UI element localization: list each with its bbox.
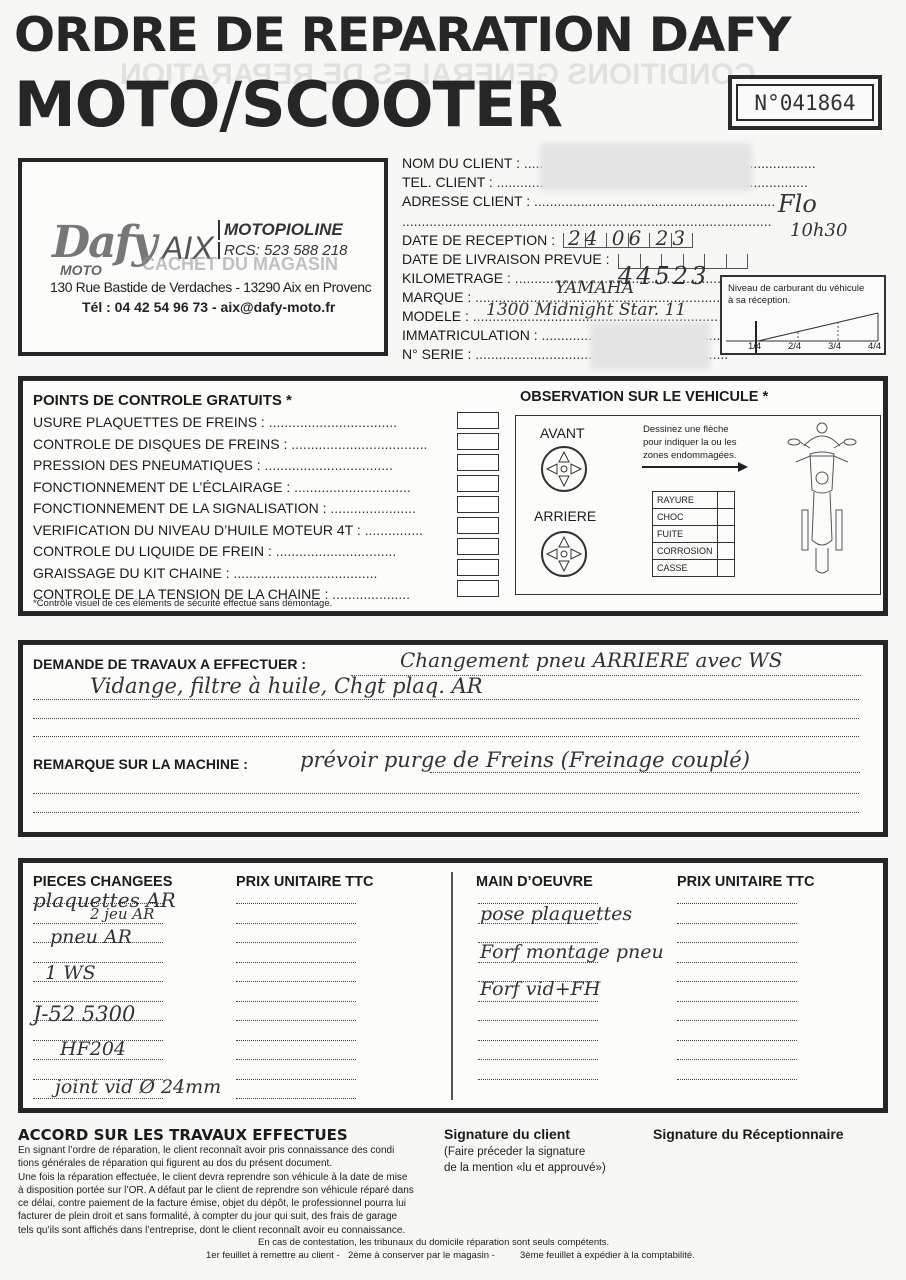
copy-3-note: 3ème feuillet à expédier à la comptabili… — [520, 1250, 695, 1261]
agreement-line: tions générales de réparation qui figure… — [18, 1157, 438, 1170]
labour-line[interactable] — [478, 1040, 598, 1041]
control-point-checkbox[interactable] — [457, 559, 499, 576]
part-price-line[interactable] — [236, 981, 356, 982]
control-point-item: FONCTIONNEMENT DE L’ÉCLAIRAGE : ........… — [33, 479, 411, 495]
control-point-label: CONTROLE DE DISQUES DE FREINS : — [33, 436, 287, 452]
writing-line[interactable] — [33, 812, 859, 813]
client-field-label: KILOMETRAGE : — [402, 270, 511, 286]
handwritten-reception-date: 24 06 23 — [568, 226, 689, 250]
control-point-checkbox[interactable] — [457, 517, 499, 534]
part-handwritten-entry: J-52 5300 — [33, 1002, 135, 1026]
part-handwritten-entry: 2 jeu AR — [90, 905, 154, 923]
control-points-footnote: *Contrôle visuel de ces éléments de sécu… — [33, 598, 332, 609]
control-point-label: GRAISSAGE DU KIT CHAINE : — [33, 565, 230, 581]
client-field-label: ADRESSE CLIENT : — [402, 193, 530, 209]
instruction-line2: pour indiquer la ou les — [643, 437, 736, 448]
handwritten-remark: prévoir purge de Freins (Freinage couplé… — [300, 748, 750, 772]
handwritten-request-line1: Changement pneu ARRIERE avec WS — [400, 648, 782, 672]
labour-price-line[interactable] — [677, 923, 797, 924]
damage-row: RAYURE — [653, 492, 735, 509]
control-point-label: USURE PLAQUETTES DE FREINS : — [33, 414, 265, 430]
control-point-checkbox[interactable] — [457, 538, 499, 555]
part-price-line[interactable] — [236, 1059, 356, 1060]
part-price-line[interactable] — [236, 923, 356, 924]
stamp-label: CACHET DU MAGASIN — [142, 254, 338, 275]
client-field-label: DATE DE LIVRAISON PREVUE : — [402, 251, 609, 267]
damage-type-label: CHOC — [653, 509, 718, 526]
control-point-value[interactable]: ............... — [361, 522, 423, 538]
client-field-label: IMMATRICULATION : — [402, 327, 538, 343]
control-point-label: FONCTIONNEMENT DE LA SIGNALISATION : — [33, 500, 327, 516]
control-point-label: FONCTIONNEMENT DE L’ÉCLAIRAGE : — [33, 479, 290, 495]
labour-price-line[interactable] — [677, 903, 797, 904]
writing-line[interactable] — [430, 772, 860, 773]
damage-type-checkbox[interactable] — [717, 526, 734, 543]
damage-row: FUITE — [653, 526, 735, 543]
client-signature-area[interactable] — [444, 1180, 644, 1230]
machine-remark-label: REMARQUE SUR LA MACHINE : — [33, 756, 248, 772]
agreement-line: En signant l’ordre de réparation, le cli… — [18, 1144, 438, 1157]
damage-type-label: CASSE — [653, 560, 718, 577]
shop-stamp-box: Dafy AIX MOTO MOTOPIOLINE RCS: 523 588 2… — [18, 158, 388, 356]
damage-type-checkbox[interactable] — [717, 509, 734, 526]
fuel-tick-label: 2/4 — [788, 341, 801, 352]
dafy-logo-moto: MOTO — [60, 262, 102, 278]
labour-price-line[interactable] — [677, 1020, 797, 1021]
work-request-label: DEMANDE DE TRAVAUX A EFFECTUER : — [33, 656, 306, 672]
fuel-tick-label: 4/4 — [868, 341, 881, 352]
agreement-line: tels qu’ils sont affichés dans l’entrepr… — [18, 1224, 438, 1237]
dafy-logo: Dafy — [52, 217, 155, 268]
redacted-client-name — [540, 143, 752, 191]
control-point-checkbox[interactable] — [457, 496, 499, 513]
handwritten-brand: YAMAHA — [555, 278, 634, 298]
labour-price-line[interactable] — [677, 1059, 797, 1060]
rear-wheel-icon — [541, 531, 587, 577]
observation-title: OBSERVATION SUR LE VEHICULE * — [520, 389, 768, 405]
damage-type-label: CORROSION — [653, 543, 718, 560]
control-point-item: CONTROLE DE DISQUES DE FREINS : ........… — [33, 436, 427, 452]
copy-2-note: 2ème à conserver par le magasin - — [348, 1250, 495, 1261]
writing-line[interactable] — [33, 793, 859, 794]
control-point-item: FONCTIONNEMENT DE LA SIGNALISATION : ...… — [33, 500, 416, 516]
control-point-value[interactable]: ................................. — [265, 414, 397, 430]
labour-handwritten-entry: pose plaquettes — [480, 903, 632, 925]
damage-type-table: RAYURECHOCFUITECORROSIONCASSE — [652, 491, 735, 577]
part-price-line[interactable] — [236, 1098, 356, 1099]
client-field-label: TEL. CLIENT : — [402, 174, 493, 190]
parts-price-header: PRIX UNITAIRE TTC — [236, 874, 373, 890]
client-field-row[interactable]: DATE DE RECEPTION : — [402, 232, 555, 248]
damage-type-checkbox[interactable] — [717, 492, 734, 509]
client-field-label: MODELE : — [402, 308, 469, 324]
labour-price-line[interactable] — [677, 981, 797, 982]
client-field-row[interactable]: ADRESSE CLIENT : .......................… — [402, 193, 775, 209]
client-field-label: NOM DU CLIENT : — [402, 155, 520, 171]
control-point-item: CONTROLE DU LIQUIDE DE FREIN : .........… — [33, 543, 396, 559]
control-point-checkbox[interactable] — [457, 454, 499, 471]
rear-label: ARRIERE — [534, 508, 596, 524]
part-price-line[interactable] — [236, 903, 356, 904]
control-point-checkbox[interactable] — [457, 433, 499, 450]
part-price-line[interactable] — [236, 1020, 356, 1021]
labour-price-header: PRIX UNITAIRE TTC — [677, 874, 814, 890]
client-field-label: N° SERIE : — [402, 346, 471, 362]
labour-price-line[interactable] — [677, 1040, 797, 1041]
fuel-tick-label: 3/4 — [828, 341, 841, 352]
front-label: AVANT — [540, 425, 585, 441]
control-point-label: PRESSION DES PNEUMATIQUES : — [33, 457, 261, 473]
client-field-input[interactable]: ........................................… — [530, 193, 775, 209]
damage-type-checkbox[interactable] — [717, 560, 734, 577]
part-price-line[interactable] — [236, 1079, 356, 1080]
instruction-line1: Dessinez une flèche — [643, 424, 729, 435]
control-point-value[interactable]: .............................. — [290, 479, 411, 495]
control-point-checkbox[interactable] — [457, 475, 499, 492]
form-title-line1: ORDRE DE REPARATION DAFY — [14, 8, 790, 63]
receiver-signature-area[interactable] — [653, 1150, 883, 1230]
front-wheel-icon — [541, 446, 587, 492]
control-point-value[interactable]: ................................. — [261, 457, 393, 473]
order-number-box: N°041864 — [728, 75, 882, 130]
handwritten-time: 10h30 — [790, 220, 847, 241]
client-signature-note1: (Faire préceder la signature — [444, 1146, 585, 1158]
motorcycle-topview-icon — [786, 420, 858, 580]
form-title-line2: MOTO/SCOOTER — [14, 68, 562, 141]
parts-labour-divider — [451, 872, 453, 1100]
labour-line[interactable] — [478, 1020, 598, 1021]
labour-line[interactable] — [478, 1059, 598, 1060]
fuel-ramp-icon — [722, 277, 884, 353]
redacted-registration — [590, 322, 710, 370]
control-point-value[interactable]: ...................... — [327, 500, 416, 516]
damage-type-label: FUITE — [653, 526, 718, 543]
part-handwritten-entry: 1 WS — [45, 962, 96, 984]
part-handwritten-entry: joint vid Ø 24mm — [55, 1076, 221, 1098]
part-handwritten-entry: pneu AR — [50, 926, 132, 948]
receiver-signature-title: Signature du Réceptionnaire — [653, 1126, 844, 1142]
part-price-line[interactable] — [236, 1040, 356, 1041]
agreement-line: ce délai, contre paiement de la facture … — [18, 1197, 438, 1210]
jurisdiction-note: En cas de contestation, les tribunaux du… — [258, 1237, 609, 1248]
fuel-level-gauge: Niveau de carburant du véhicule à sa réc… — [720, 275, 886, 355]
shop-contact: Tél : 04 42 54 96 73 - aix@dafy-moto.fr — [82, 299, 335, 315]
client-field-label: DATE DE RECEPTION : — [402, 232, 555, 248]
arrow-right-icon — [642, 461, 752, 473]
control-point-value[interactable]: ..................................... — [230, 565, 378, 581]
part-price-line[interactable] — [236, 1001, 356, 1002]
labour-handwritten-entry: Forf vid+FH — [480, 978, 600, 1000]
labour-price-line[interactable] — [677, 942, 797, 943]
control-point-value[interactable]: ............................... — [272, 543, 396, 559]
control-point-item: GRAISSAGE DU KIT CHAINE : ..............… — [33, 565, 377, 581]
shop-company-name: MOTOPIOLINE — [218, 220, 343, 240]
labour-price-line[interactable] — [677, 1001, 797, 1002]
control-point-item: VERIFICATION DU NIVEAU D’HUILE MOTEUR 4T… — [33, 522, 423, 538]
labour-header: MAIN D’OEUVRE — [476, 874, 593, 890]
damage-row: CHOC — [653, 509, 735, 526]
agreement-title: ACCORD SUR LES TRAVAUX EFFECTUES — [18, 1126, 348, 1144]
damage-type-label: RAYURE — [653, 492, 718, 509]
labour-price-line[interactable] — [677, 962, 797, 963]
agreement-text: En signant l’ordre de réparation, le cli… — [18, 1144, 438, 1237]
order-number: N°041864 — [736, 84, 874, 121]
labour-line[interactable] — [478, 1079, 598, 1080]
agreement-line: facturer de plein droit et sans formalit… — [18, 1210, 438, 1223]
control-points-title: POINTS DE CONTROLE GRATUITS * — [33, 392, 292, 409]
instruction-line3: zones endommagées. — [643, 450, 736, 461]
fuel-tick-label: 1/4 — [748, 341, 761, 352]
handwritten-model: 1300 Midnight Star. 11 — [486, 300, 686, 320]
labour-price-line[interactable] — [677, 1079, 797, 1080]
labour-handwritten-entry: Forf montage pneu — [480, 941, 664, 963]
control-point-value[interactable]: .................... — [328, 586, 410, 602]
part-price-line[interactable] — [236, 962, 356, 963]
handwritten-request-line2: Vidange, filtre à huile, Chgt plaq. AR — [90, 674, 483, 698]
control-point-item: PRESSION DES PNEUMATIQUES : ............… — [33, 457, 393, 473]
writing-line[interactable] — [33, 736, 859, 737]
agreement-line: Une fois la réparation effectuée, le cli… — [18, 1171, 438, 1184]
handwritten-receiver: Flo — [778, 190, 817, 218]
writing-line[interactable] — [33, 699, 859, 700]
control-point-label: CONTROLE DU LIQUIDE DE FREIN : — [33, 543, 272, 559]
control-point-checkbox[interactable] — [457, 580, 499, 597]
damage-row: CASSE — [653, 560, 735, 577]
labour-line[interactable] — [478, 1001, 598, 1002]
copy-1-note: 1er feuillet à remettre au client - — [206, 1250, 340, 1261]
client-signature-title: Signature du client — [444, 1126, 570, 1142]
damage-type-checkbox[interactable] — [717, 543, 734, 560]
control-point-value[interactable]: ................................... — [287, 436, 427, 452]
client-signature-note2: de la mention «lu et approuvé») — [444, 1162, 606, 1174]
control-point-checkbox[interactable] — [457, 412, 499, 429]
shop-address: 130 Rue Bastide de Verdaches - 13290 Aix… — [50, 279, 371, 295]
control-point-label: VERIFICATION DU NIVEAU D’HUILE MOTEUR 4T… — [33, 522, 361, 538]
part-price-line[interactable] — [236, 942, 356, 943]
client-field-row[interactable]: DATE DE LIVRAISON PREVUE : — [402, 251, 609, 267]
client-field-label: MARQUE : — [402, 289, 471, 305]
part-line[interactable] — [33, 1098, 163, 1099]
writing-line[interactable] — [33, 718, 859, 719]
damage-row: CORROSION — [653, 543, 735, 560]
control-point-item: USURE PLAQUETTES DE FREINS : ...........… — [33, 414, 397, 430]
part-handwritten-entry: HF204 — [60, 1038, 126, 1060]
agreement-line: à disposition portée sur l’OR. A défaut … — [18, 1184, 438, 1197]
